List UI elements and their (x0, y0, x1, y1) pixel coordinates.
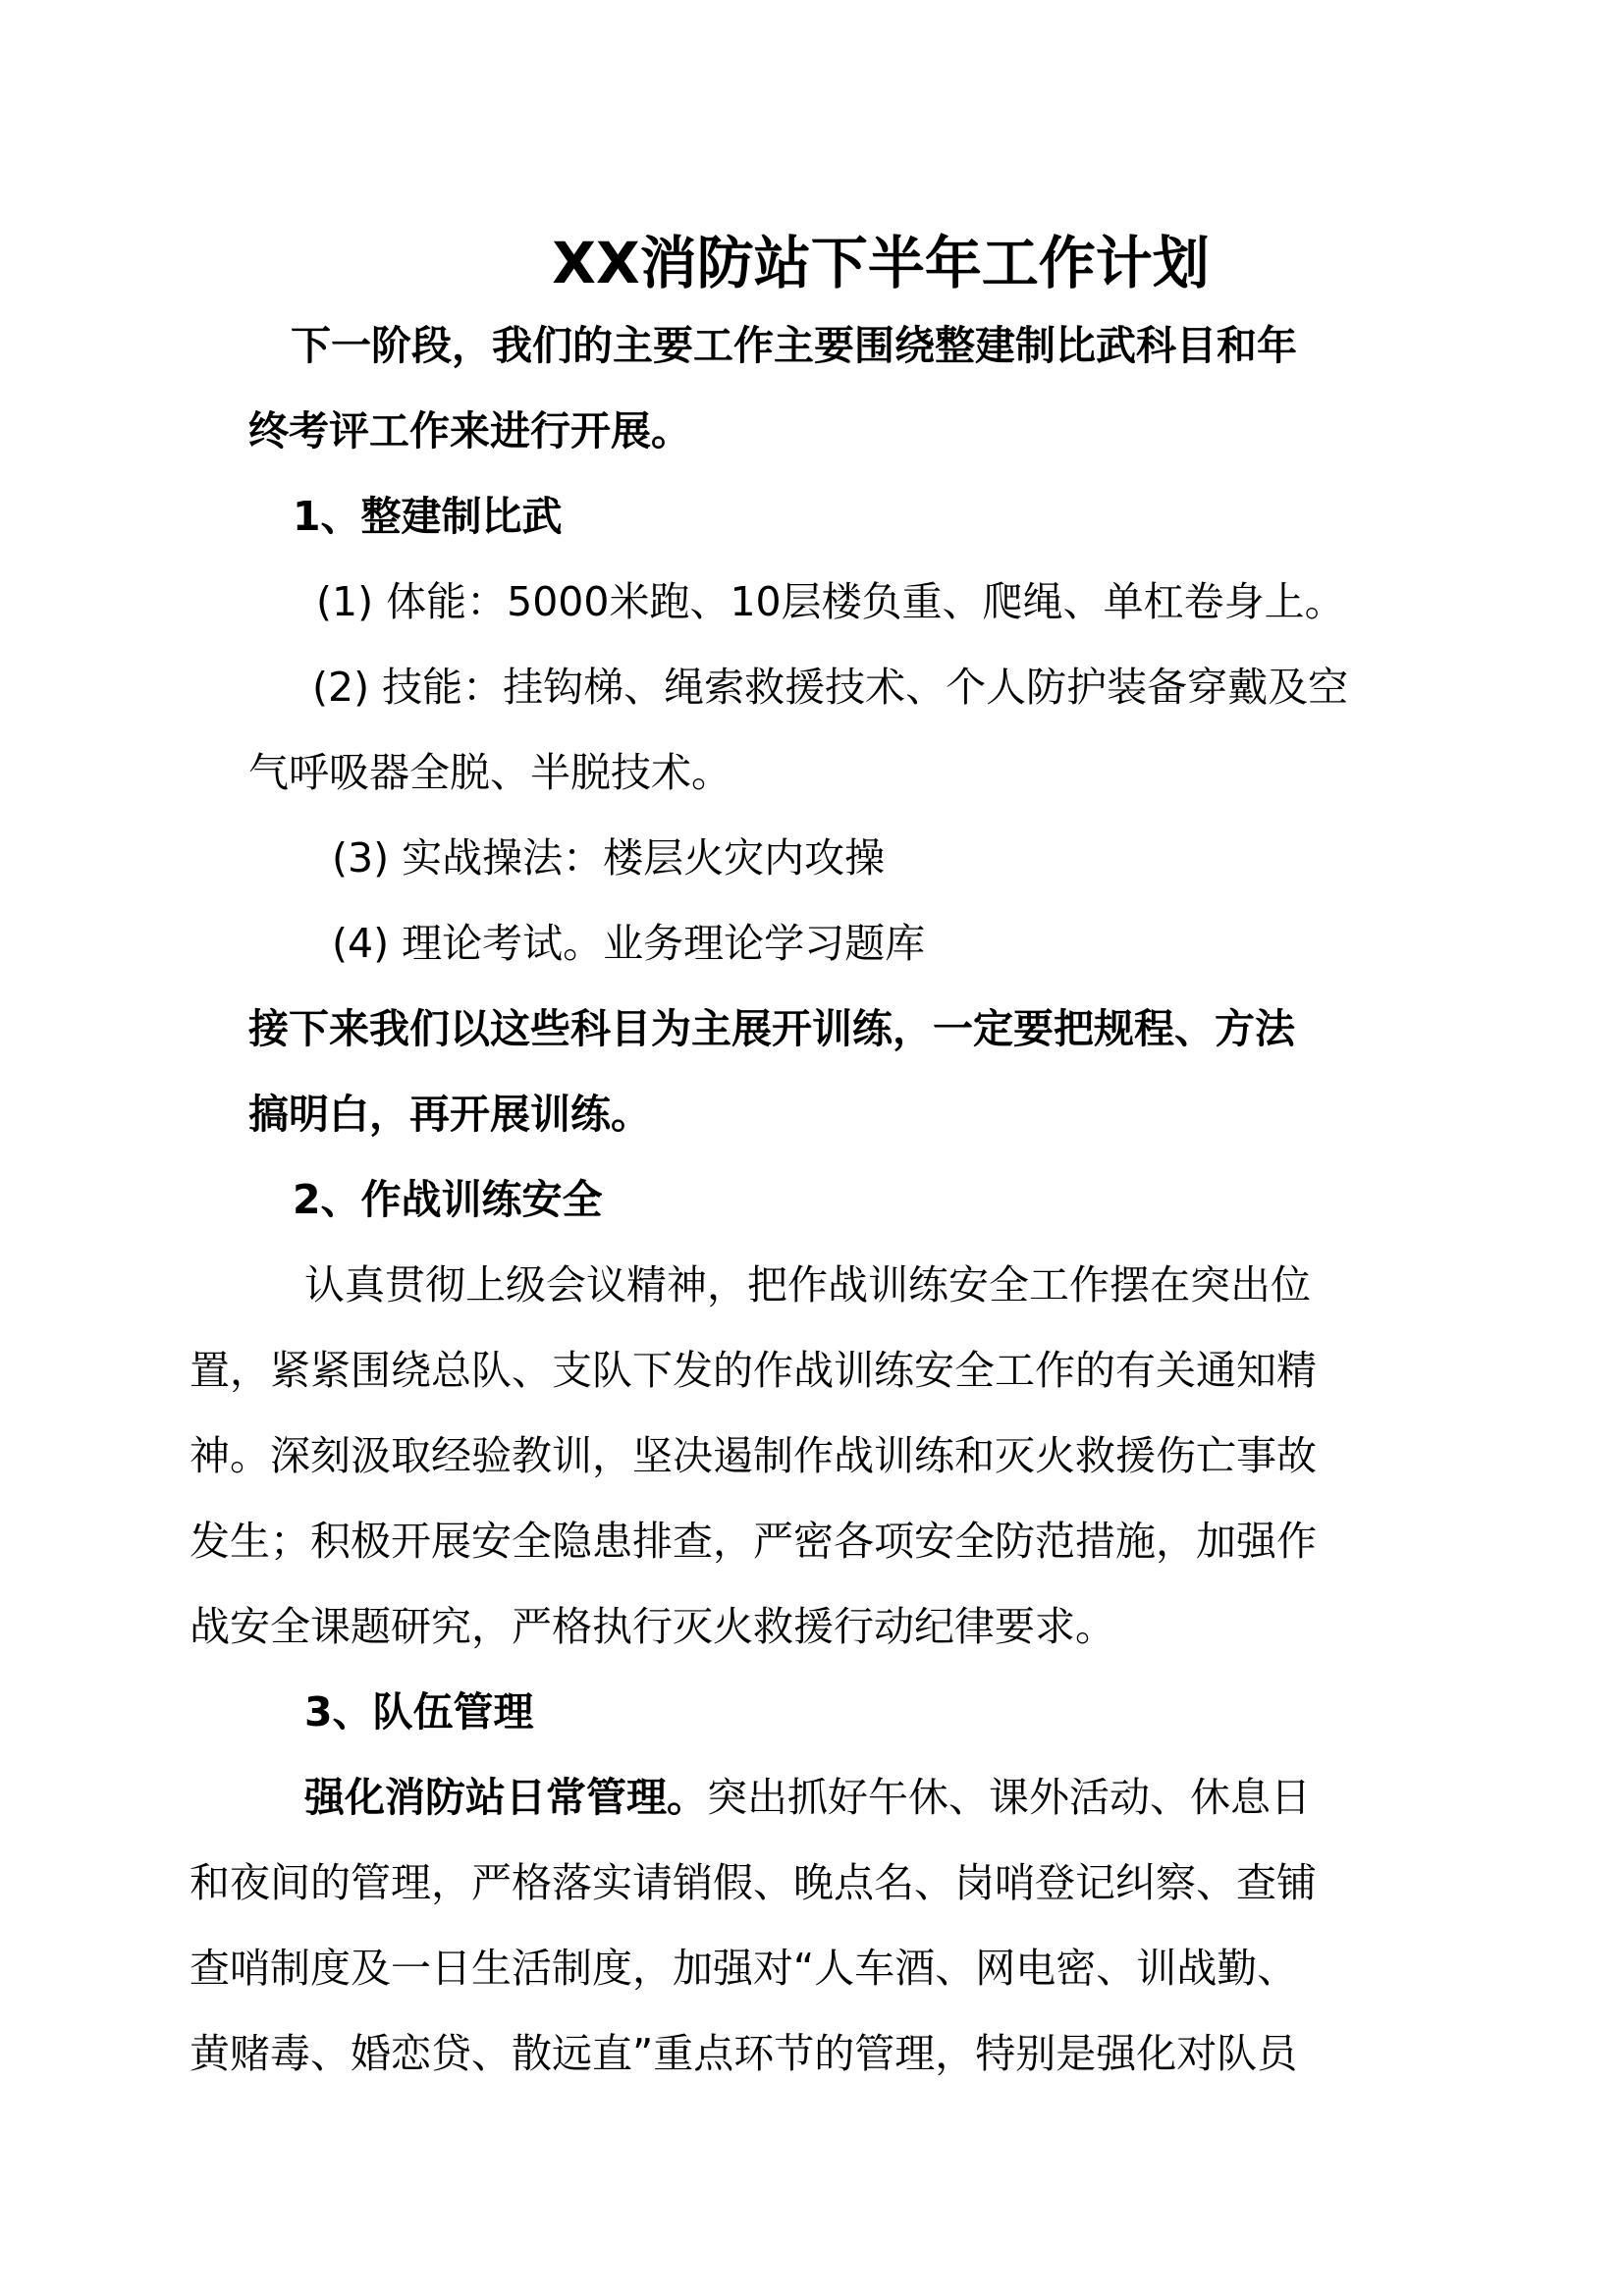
section-1-item-4: (4) 理论考试。业务理论学习题库 (332, 914, 925, 973)
section-1-summary-line-1: 接下来我们以这些科目为主展开训练，一定要把规程、方法 (248, 999, 1295, 1058)
section-3-heading: 3、队伍管理 (304, 1682, 534, 1741)
intro-line-1: 下一阶段，我们的主要工作主要围绕整建制比武科目和年 (291, 316, 1297, 375)
section-1-item-1: (1) 体能：5000米跑、10层楼负重、爬绳、单杠卷身上。 (316, 572, 1345, 631)
section-3-para-line-3: 黄赌毒、婚恋贷、散远直”重点环节的管理，特别是强化对队员 (189, 2024, 1297, 2083)
page-title: XX消防站下半年工作计划 (0, 224, 1624, 302)
section-2-para-line-2: 置，紧紧围绕总队、支队下发的作战训练安全工作的有关通知精 (189, 1341, 1317, 1400)
section-1-item-3: (3) 实战操法：楼层火灾内攻操 (332, 828, 885, 887)
section-1-item-2-line-2: 气呼吸器全脱、半脱技术。 (248, 743, 731, 802)
section-3-para-line-2: 查哨制度及一日生活制度，加强对“人车酒、网电密、训战勤、 (189, 1939, 1297, 1998)
section-1-summary-line-2: 搞明白，再开展训练。 (248, 1085, 651, 1144)
intro-line-2: 终考评工作来进行开展。 (248, 401, 691, 460)
section-3-lead-bold: 强化消防站日常管理。 (304, 1774, 707, 1821)
section-2-para-line-3: 神。深刻汲取经验教训，坚决遏制作战训练和灭火救援伤亡事故 (189, 1426, 1317, 1485)
section-1-item-2-line-1: (2) 技能：挂钩梯、绳索救援技术、个人防护装备穿戴及空 (312, 658, 1348, 717)
section-3-lead-rest: 突出抓好午休、课外活动、休息日 (707, 1774, 1311, 1821)
section-2-para-line-1: 认真贯彻上级会议精神，把作战训练安全工作摆在突出位 (304, 1255, 1311, 1314)
section-2-para-line-4: 发生；积极开展安全隐患排查，严密各项安全防范措施，加强作 (189, 1512, 1317, 1571)
section-2-heading: 2、作战训练安全 (293, 1170, 603, 1229)
section-2-para-line-5: 战安全课题研究，严格执行灭火救援行动纪律要求。 (189, 1597, 1115, 1656)
section-3-para-line-1: 和夜间的管理，严格落实请销假、晚点名、岗哨登记纠察、查铺 (189, 1853, 1317, 1912)
section-1-heading: 1、整建制比武 (293, 487, 563, 546)
section-3-lead-line: 强化消防站日常管理。突出抓好午休、课外活动、休息日 (304, 1768, 1311, 1827)
